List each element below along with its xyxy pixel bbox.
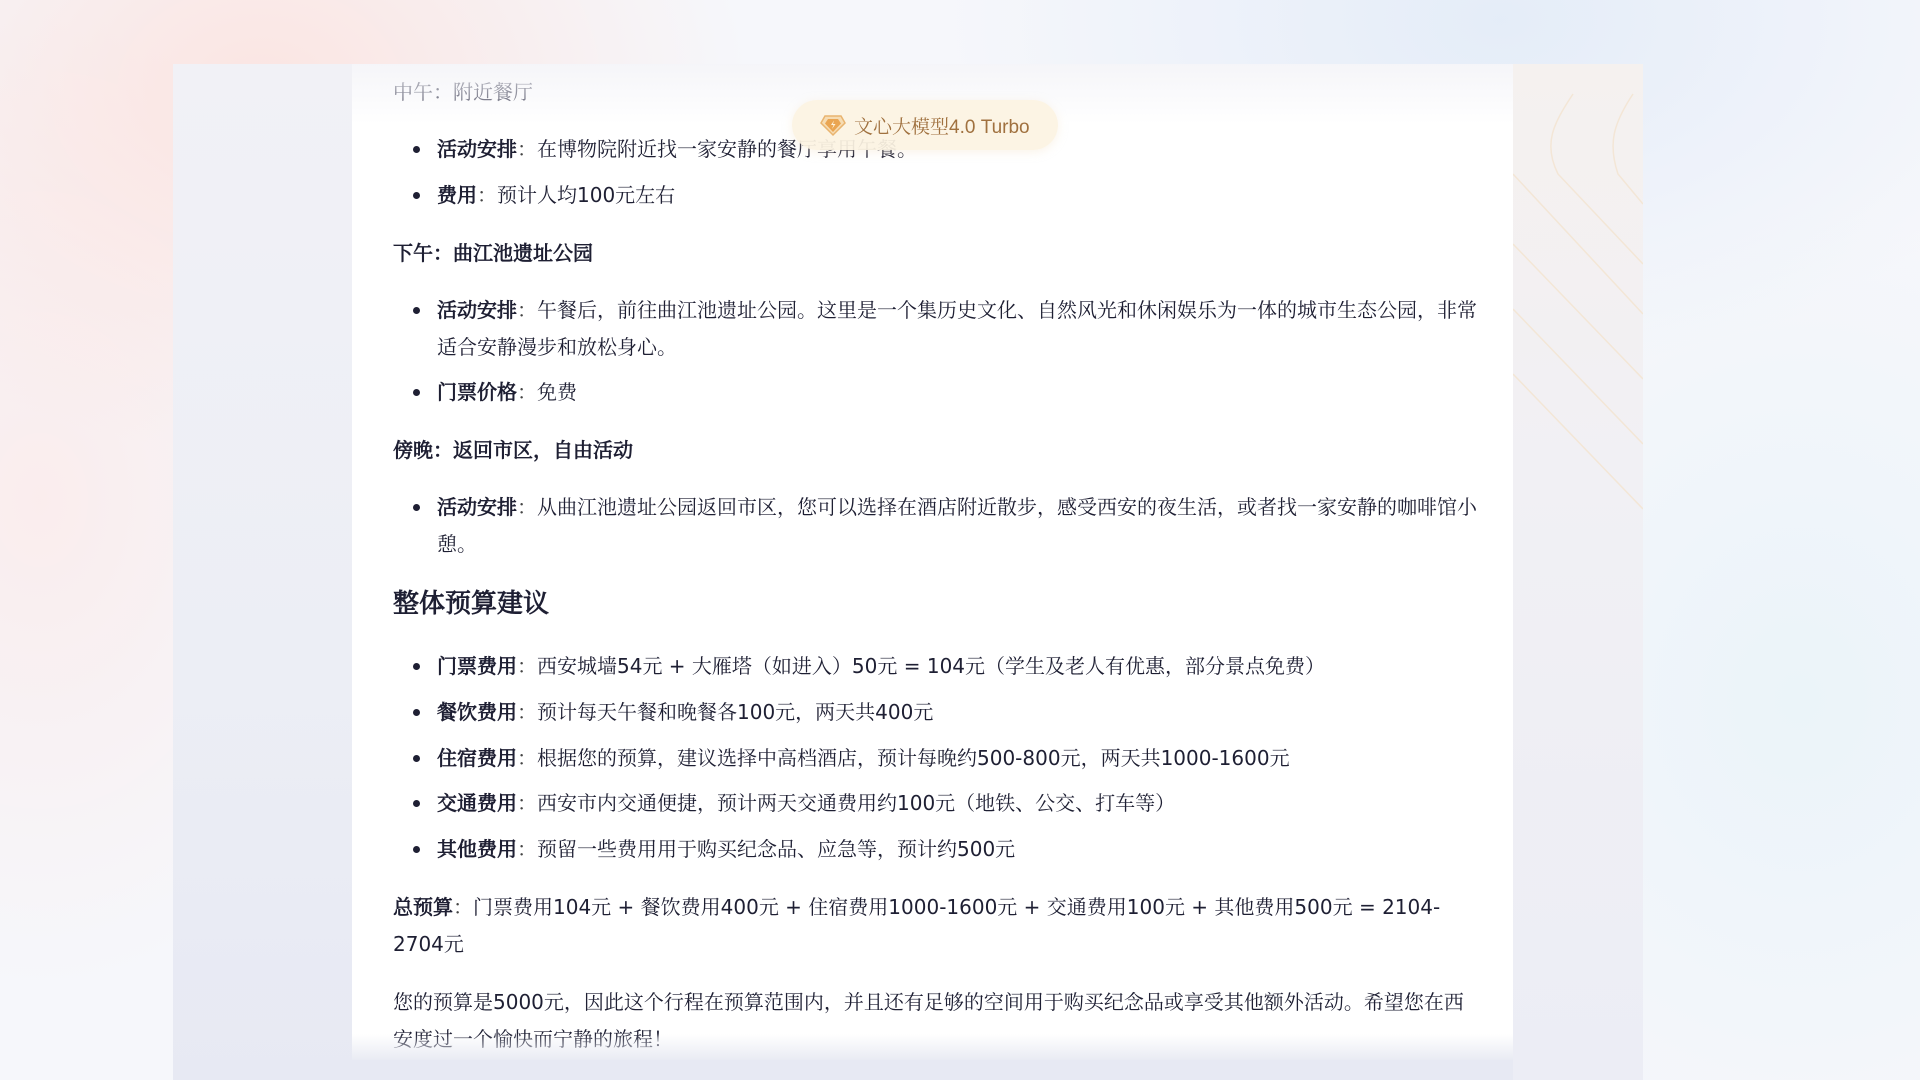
item-label: 住宿费用 [437, 746, 517, 770]
item-text: 从曲江池遗址公园返回市区，您可以选择在酒店附近散步，感受西安的夜生活，或者找一家… [437, 495, 1477, 556]
gem-icon [820, 113, 846, 137]
item-label: 活动安排 [437, 137, 517, 161]
item-text: 午餐后，前往曲江池遗址公园。这里是一个集历史文化、自然风光和休闲娱乐为一体的城市… [437, 298, 1477, 359]
list-item: 活动安排：从曲江池遗址公园返回市区，您可以选择在酒店附近散步，感受西安的夜生活，… [393, 489, 1478, 563]
list-item: 费用：预计人均100元左右 [393, 177, 1478, 214]
model-badge[interactable]: 文心大模型4.0 Turbo [792, 100, 1058, 150]
model-badge-label: 文心大模型4.0 Turbo [854, 112, 1030, 139]
item-text: 根据您的预算，建议选择中高档酒店，预计每晚约500-800元，两天共1000-1… [537, 746, 1290, 770]
item-text: 预计每天午餐和晚餐各100元，两天共400元 [537, 700, 933, 724]
item-label: 餐饮费用 [437, 700, 517, 724]
budget-section-title: 整体预算建议 [393, 584, 1478, 624]
item-text: 预留一些费用用于购买纪念品、应急等，预计约500元 [537, 837, 1015, 861]
afternoon-heading: 下午：曲江池遗址公园 [393, 235, 1478, 272]
budget-list: 门票费用：西安城墙54元 + 大雁塔（如进入）50元 = 104元（学生及老人有… [393, 648, 1478, 868]
list-item: 交通费用：西安市内交通便捷，预计两天交通费用约100元（地铁、公交、打车等） [393, 785, 1478, 822]
evening-list: 活动安排：从曲江池遗址公园返回市区，您可以选择在酒店附近散步，感受西安的夜生活，… [393, 489, 1478, 563]
item-label: 费用 [437, 183, 477, 207]
item-label: 门票费用 [437, 654, 517, 678]
list-item: 活动安排：午餐后，前往曲江池遗址公园。这里是一个集历史文化、自然风光和休闲娱乐为… [393, 292, 1478, 366]
item-text: 免费 [537, 380, 577, 404]
item-label: 活动安排 [437, 495, 517, 519]
list-item: 住宿费用：根据您的预算，建议选择中高档酒店，预计每晚约500-800元，两天共1… [393, 740, 1478, 777]
item-text: 西安城墙54元 + 大雁塔（如进入）50元 = 104元（学生及老人有优惠，部分… [537, 654, 1325, 678]
item-label: 活动安排 [437, 298, 517, 322]
item-text: 预计人均100元左右 [497, 183, 675, 207]
list-item: 其他费用：预留一些费用用于购买纪念品、应急等，预计约500元 [393, 831, 1478, 868]
assistant-message-card: 中午：附近餐厅 活动安排：在博物院附近找一家安静的餐厅享用午餐。 费用：预计人均… [352, 64, 1513, 1060]
list-item: 餐饮费用：预计每天午餐和晚餐各100元，两天共400元 [393, 694, 1478, 731]
list-item: 门票费用：西安城墙54元 + 大雁塔（如进入）50元 = 104元（学生及老人有… [393, 648, 1478, 685]
item-text: 西安市内交通便捷，预计两天交通费用约100元（地铁、公交、打车等） [537, 791, 1175, 815]
item-label: 门票价格 [437, 380, 517, 404]
total-budget-text: 门票费用104元 + 餐饮费用400元 + 住宿费用1000-1600元 + 交… [393, 895, 1440, 956]
afternoon-list: 活动安排：午餐后，前往曲江池遗址公园。这里是一个集历史文化、自然风光和休闲娱乐为… [393, 292, 1478, 412]
wave-lines-icon [1513, 64, 1643, 1080]
decorative-pattern [1513, 64, 1643, 1080]
evening-heading: 傍晚：返回市区，自由活动 [393, 432, 1478, 469]
total-budget-label: 总预算 [393, 895, 453, 919]
closing-paragraph: 您的预算是5000元，因此这个行程在预算范围内，并且还有足够的空间用于购买纪念品… [393, 984, 1478, 1058]
list-item: 门票价格：免费 [393, 374, 1478, 411]
total-budget-paragraph: 总预算：门票费用104元 + 餐饮费用400元 + 住宿费用1000-1600元… [393, 889, 1478, 963]
item-label: 其他费用 [437, 837, 517, 861]
message-content: 中午：附近餐厅 活动安排：在博物院附近找一家安静的餐厅享用午餐。 费用：预计人均… [393, 74, 1478, 1060]
item-label: 交通费用 [437, 791, 517, 815]
